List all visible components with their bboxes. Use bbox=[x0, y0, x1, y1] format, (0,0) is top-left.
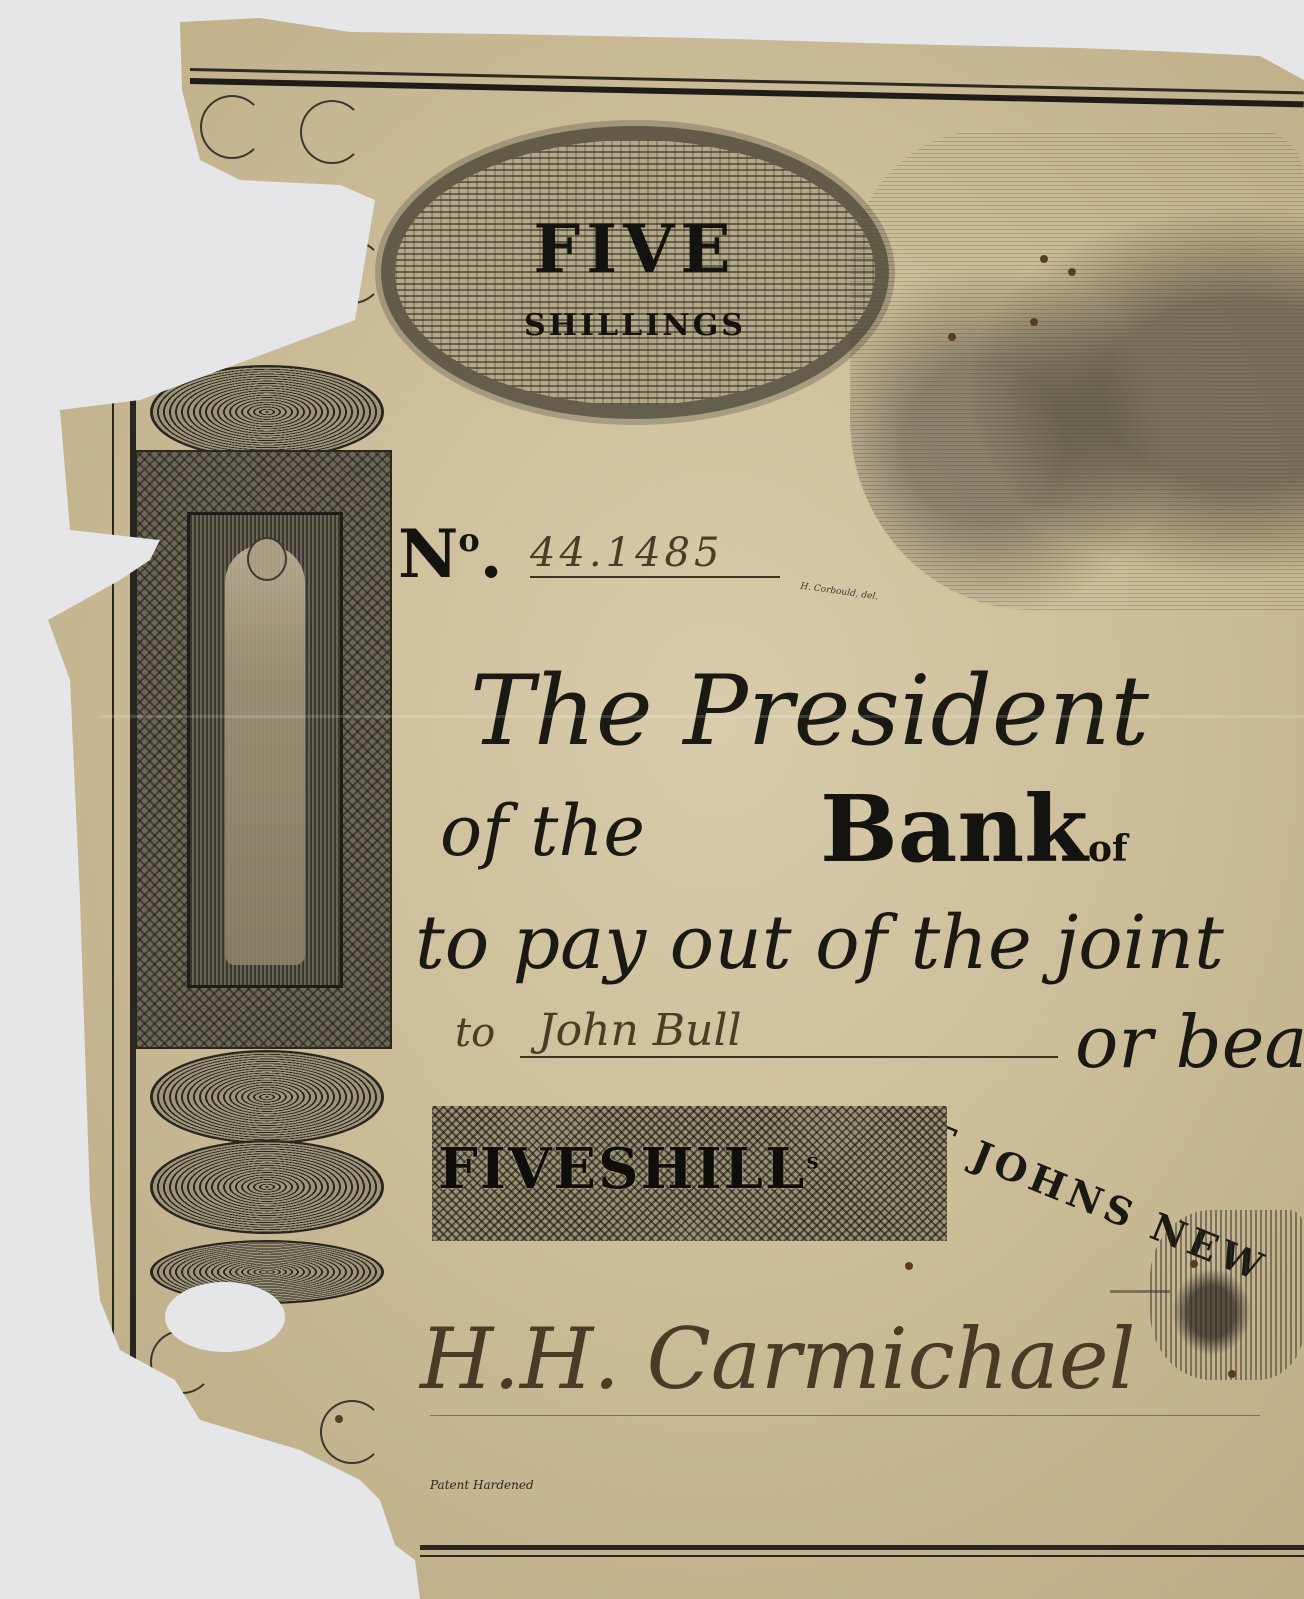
foxing-spot bbox=[1228, 1370, 1236, 1378]
foxing-spot bbox=[905, 1262, 913, 1270]
denomination-title: FIVE bbox=[395, 210, 875, 288]
signature: H.H. Carmichael bbox=[420, 1310, 1135, 1408]
banknote: FIVE SHILLINGS H. Corbould, del. No. 44.… bbox=[0, 0, 1304, 1599]
denomination-subtitle: SHILLINGS bbox=[395, 308, 875, 343]
guilloche-rosette bbox=[150, 365, 384, 459]
payee-name: John Bull bbox=[520, 1005, 1058, 1058]
foxing-spot bbox=[1030, 318, 1038, 326]
standing-figure-image bbox=[225, 545, 305, 965]
guilloche-rosette bbox=[150, 1050, 384, 1144]
amount-word: FIVESHILL bbox=[438, 1136, 806, 1202]
allegorical-figure-frame bbox=[187, 512, 343, 988]
bearer-text: or bea bbox=[1075, 1000, 1304, 1084]
amount-panel: FIVESHILLs bbox=[432, 1106, 947, 1241]
amount-text: FIVESHILLs bbox=[438, 1136, 821, 1202]
promise-line-3: to pay out of the joint bbox=[415, 900, 1224, 986]
engraver-credit: H. Corbould, del. bbox=[800, 582, 879, 603]
bank-word: Bank bbox=[820, 775, 1088, 883]
scroll-ornament bbox=[320, 1400, 384, 1464]
spilled-barrels-engraving bbox=[1150, 1210, 1304, 1380]
serial-label: No. bbox=[398, 515, 503, 593]
serial-number: 44.1485 bbox=[530, 530, 780, 578]
signature-line bbox=[430, 1415, 1260, 1416]
bank-title: Bankof bbox=[820, 775, 1128, 883]
bank-of: of bbox=[1088, 828, 1128, 870]
paper-hole bbox=[165, 1282, 285, 1352]
side-vignette-panel bbox=[135, 450, 392, 1049]
amount-suffix: s bbox=[806, 1148, 820, 1174]
denomination-oval: FIVE SHILLINGS bbox=[395, 140, 875, 405]
promise-line-2: of the bbox=[440, 790, 645, 872]
serial-label-letter: N bbox=[398, 515, 458, 593]
promise-line-1: The President bbox=[470, 655, 1149, 767]
printer-imprint: Patent Hardened bbox=[430, 1478, 534, 1492]
serial-label-suffix: o bbox=[458, 521, 479, 559]
scroll-ornament bbox=[320, 240, 384, 304]
paper-fold bbox=[100, 715, 1304, 718]
bottom-border-line bbox=[420, 1545, 1304, 1550]
foxing-spot bbox=[1190, 1260, 1198, 1268]
foxing-spot bbox=[1068, 268, 1076, 276]
allegorical-vignette-image bbox=[850, 130, 1304, 610]
guilloche-rosette bbox=[150, 1140, 384, 1234]
bottom-border-line-thin bbox=[420, 1555, 1304, 1557]
foxing-spot bbox=[335, 1415, 343, 1423]
figure-head bbox=[247, 537, 287, 581]
left-border-rule-thin bbox=[112, 400, 114, 1520]
scroll-ornament bbox=[200, 95, 264, 159]
foxing-spot bbox=[1040, 255, 1048, 263]
foxing-spot bbox=[948, 333, 956, 341]
payee-prefix: to bbox=[455, 1010, 495, 1056]
scroll-ornament bbox=[300, 100, 364, 164]
